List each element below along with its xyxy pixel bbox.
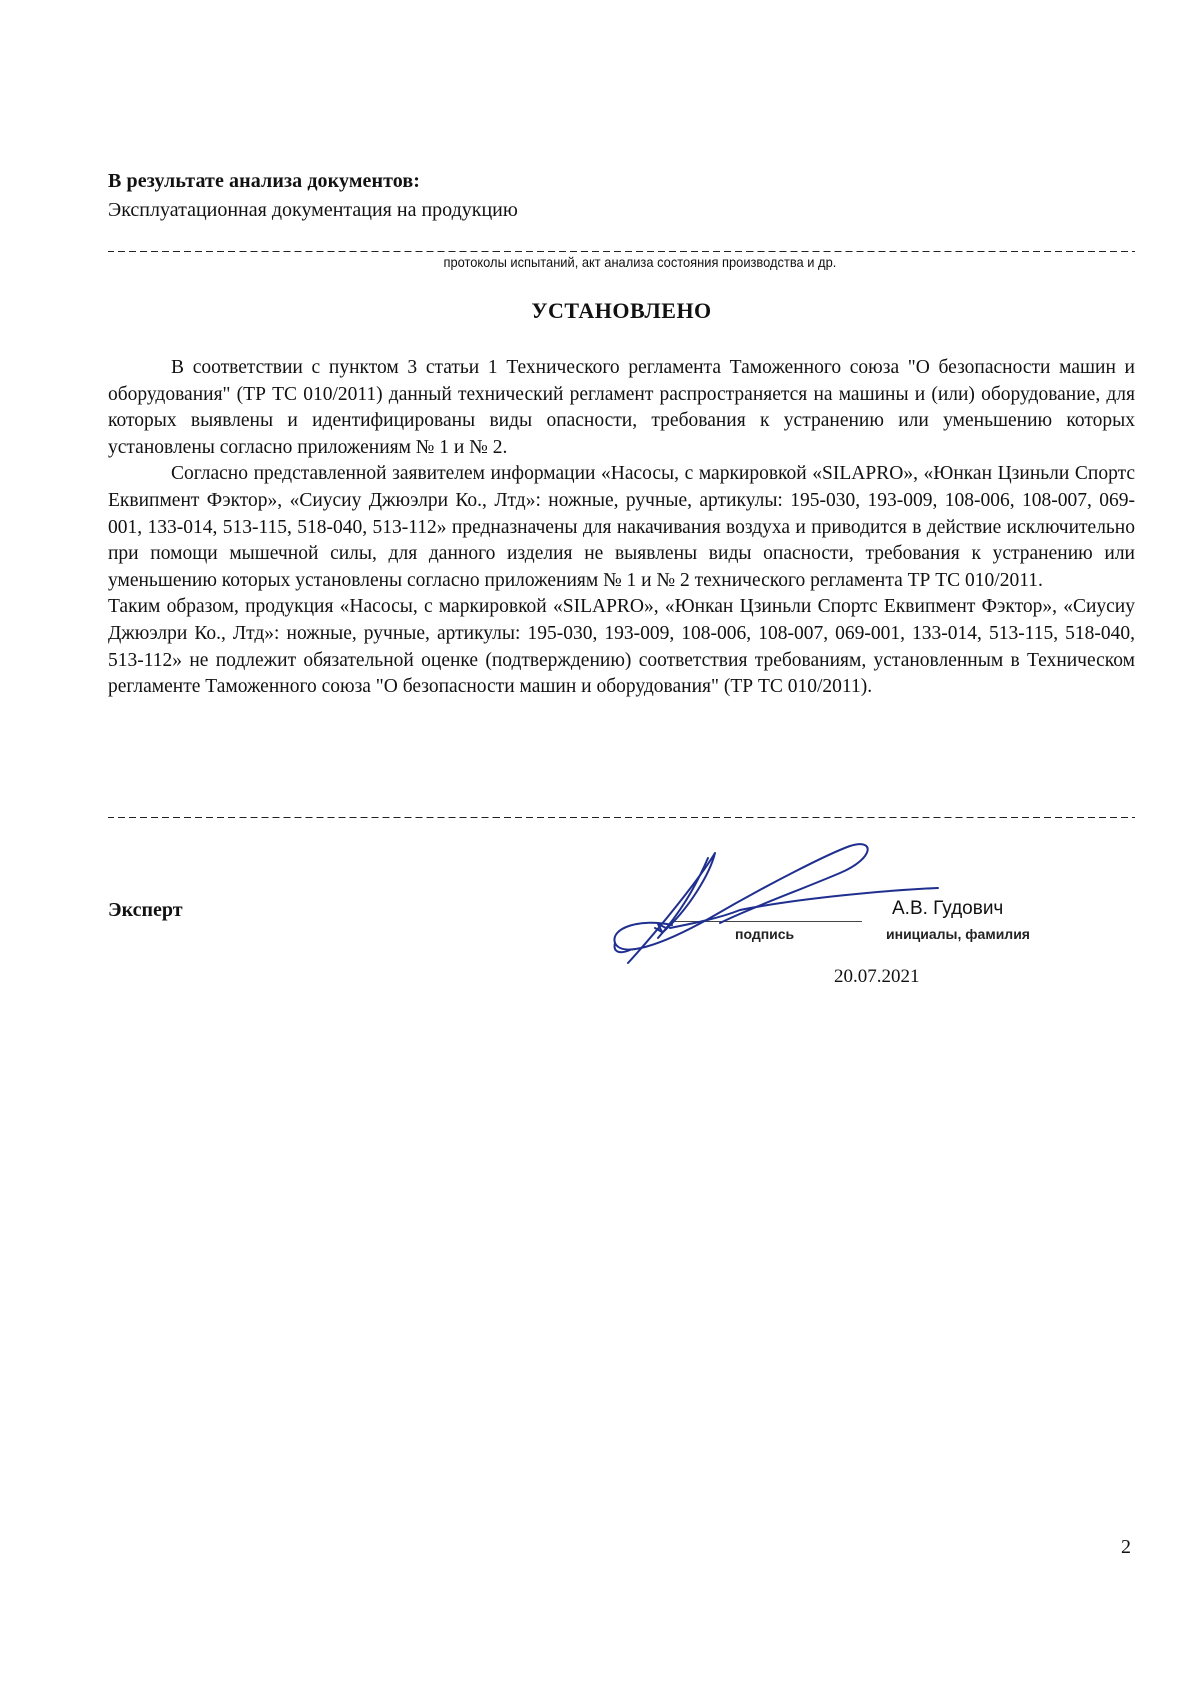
paragraph-applicant-info: Согласно представленной заявителем инфор…	[108, 461, 1135, 594]
paragraph-scope: В соответствии с пунктом 3 статьи 1 Техн…	[108, 355, 1135, 461]
page-number: 2	[1121, 1536, 1131, 1559]
dashed-divider	[108, 251, 1135, 252]
signer-caption: инициалы, фамилия	[886, 926, 1030, 942]
document-page: В результате анализа документов: Эксплуа…	[0, 0, 1200, 1697]
dashed-divider-bottom	[108, 817, 1135, 818]
results-value: Эксплуатационная документация на продукц…	[108, 199, 518, 222]
signature-date: 20.07.2021	[834, 966, 920, 988]
results-heading: В результате анализа документов:	[108, 170, 420, 193]
signature-caption: подпись	[735, 926, 794, 942]
field-caption: протоколы испытаний, акт анализа состоян…	[149, 254, 1094, 270]
section-title: УСТАНОВЛЕНО	[108, 298, 1135, 324]
body-text: В соответствии с пунктом 3 статьи 1 Техн…	[108, 355, 1135, 701]
paragraph-conclusion: Таким образом, продукция «Насосы, с марк…	[108, 594, 1135, 700]
expert-label: Эксперт	[108, 899, 183, 922]
signer-name: А.В. Гудович	[892, 898, 1003, 920]
